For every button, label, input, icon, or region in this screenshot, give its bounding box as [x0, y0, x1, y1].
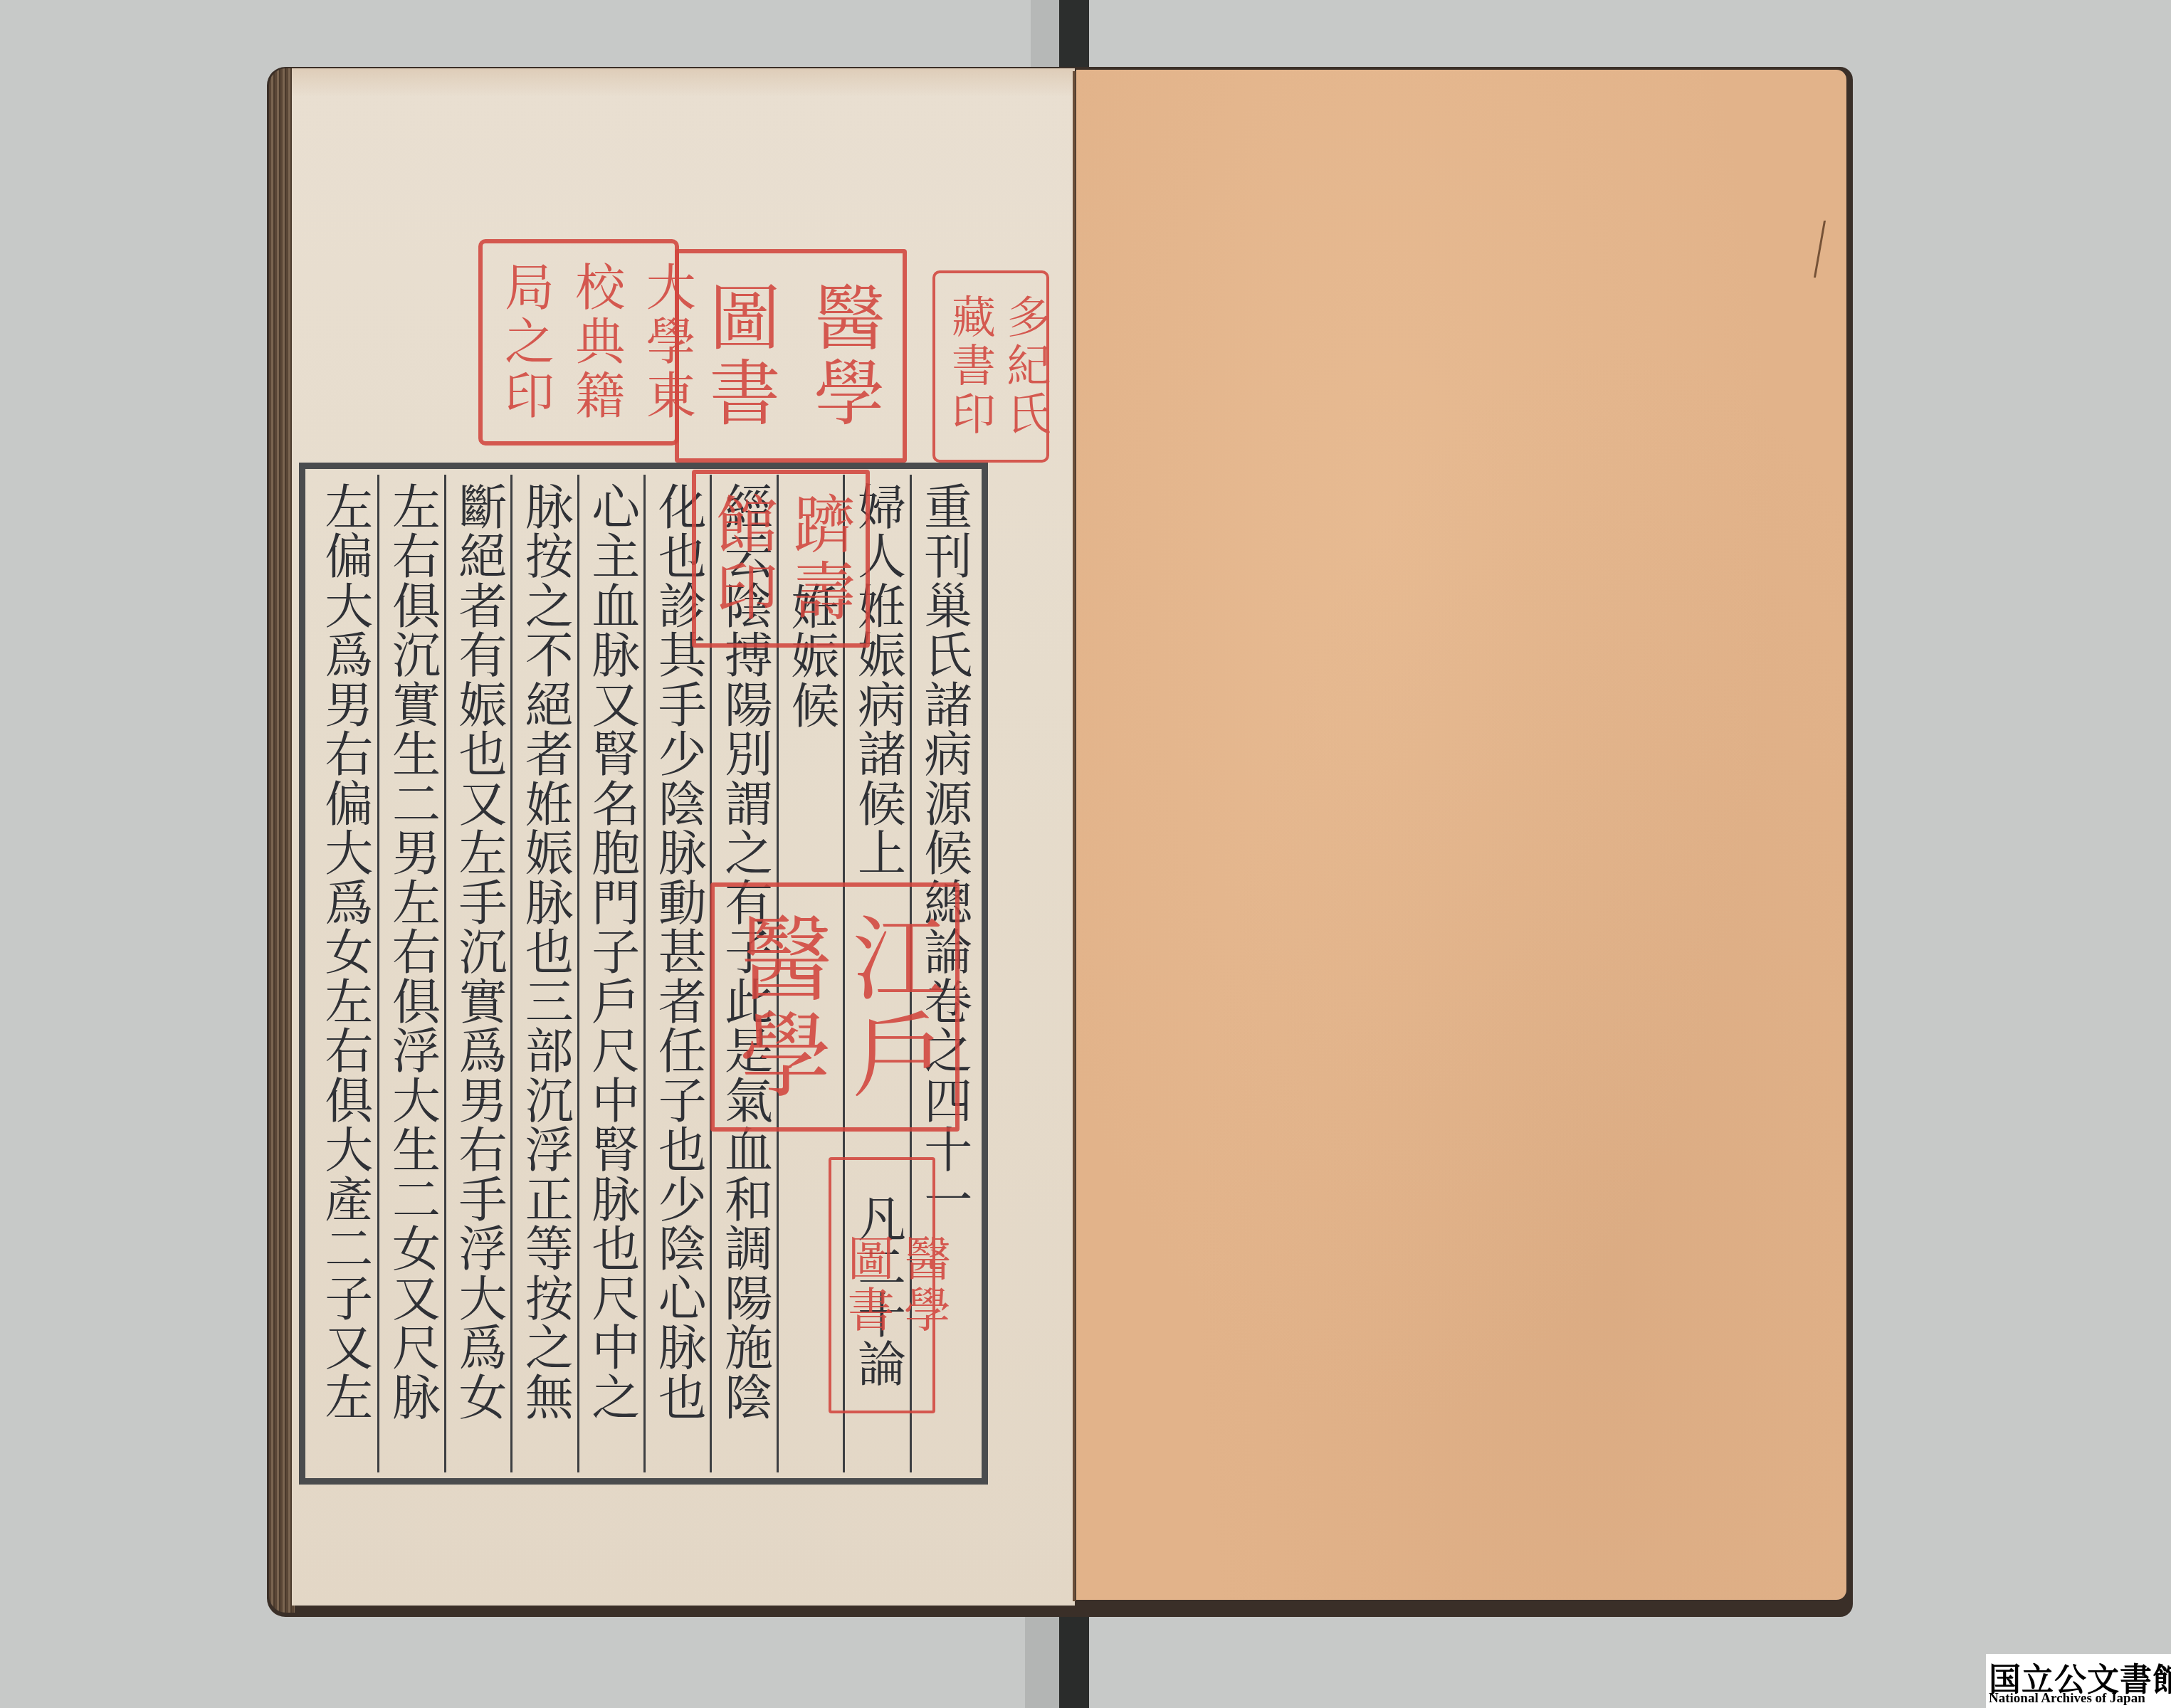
seal-text: 醫學: [895, 1167, 951, 1403]
seal-text: 局之印: [490, 251, 560, 434]
column-body-5: 斷絕者有娠也又左手沉實爲男右手浮大爲女: [444, 475, 510, 1472]
body-text: 左右俱沉實生二男左右俱浮大生二女又尺脉: [388, 482, 436, 1422]
seal-text: 醫學: [797, 260, 890, 451]
seal-university-library: 大學東 校典籍 局之印: [478, 239, 679, 446]
seal-text: 多紀氏: [998, 280, 1053, 453]
seal-text: 館印: [705, 481, 780, 636]
column-body-4: 脉按之不絕者姙娠脉也三部沉浮正等按之無: [510, 475, 577, 1472]
book-gutter: [1073, 71, 1076, 1601]
seal-text: 躋壽: [782, 481, 858, 636]
seal-large-square: 醫學 圖書: [675, 249, 907, 463]
seal-text: 圖書: [693, 260, 785, 451]
seal-taki-collection: 多紀氏 藏書印: [932, 270, 1049, 463]
column-body-7: 左偏大爲男右偏大爲女左右俱大產二子又左: [311, 475, 377, 1472]
backdrop-spine-bottom: [1059, 1608, 1089, 1708]
column-body-6: 左右俱沉實生二男左右俱浮大生二女又尺脉: [377, 475, 443, 1472]
seal-text: 醫學: [723, 894, 834, 1120]
seal-text: 藏書印: [942, 280, 998, 453]
column-body-3: 心主血脉又腎名胞門子戶尺中腎脉也尺中之: [577, 475, 643, 1472]
body-text: 左偏大爲男右偏大爲女左右俱大產二子又左: [320, 482, 369, 1422]
backdrop-spine: [1059, 0, 1089, 71]
body-text: 心主血脉又腎名胞門子戶尺中腎脉也尺中之: [587, 482, 636, 1422]
seal-rect-bottom: 醫學 圖書: [829, 1157, 935, 1413]
body-text: 脉按之不絕者姙娠脉也三部沉浮正等按之無: [520, 482, 569, 1422]
book-page-edges: [269, 68, 295, 1613]
seal-text: 校典籍: [560, 251, 631, 434]
seal-square-lower: 江戶 醫學: [710, 882, 960, 1132]
body-text: 斷絕者有娠也又左手沉實爲男右手浮大爲女: [454, 482, 503, 1422]
seal-square-upper: 躋壽 館印: [692, 470, 870, 648]
seal-text: 江戶: [836, 894, 947, 1120]
logo-english-text: National Archives of Japan: [1989, 1691, 2145, 1707]
national-archives-logo: 国立公文書館 National Archives of Japan: [1986, 1654, 2171, 1708]
right-page-blank: [1076, 70, 1846, 1600]
seal-text: 圖書: [839, 1167, 895, 1403]
